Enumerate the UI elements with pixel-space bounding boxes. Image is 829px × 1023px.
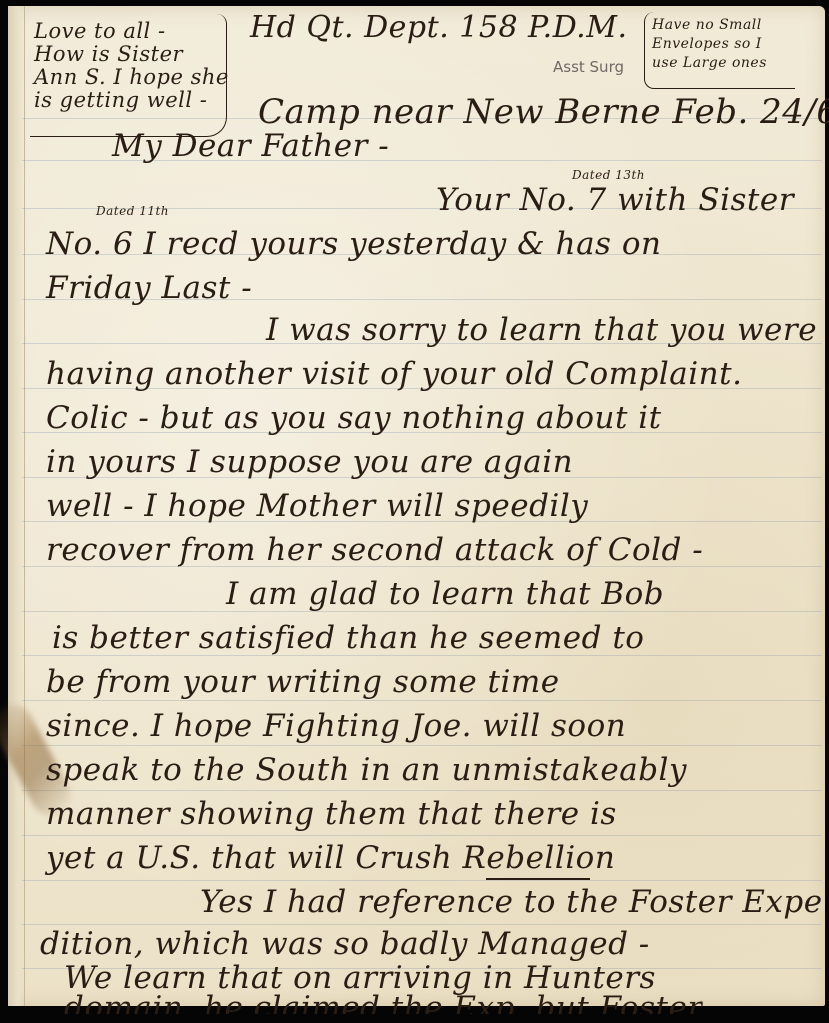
rule-line (22, 924, 822, 925)
rule-line (22, 880, 822, 881)
body-line: manner showing them that there is (46, 796, 617, 832)
pencil-note-asst-surg: Asst Surg (553, 58, 624, 76)
body-line: Friday Last - (46, 270, 252, 306)
body-line: Yes I had reference to the Foster Expe (200, 884, 823, 920)
body-line: well - I hope Mother will speedily (46, 488, 588, 524)
body-line: Colic - but as you say nothing about it (46, 400, 662, 436)
margin-note-line: use Large ones (652, 54, 767, 73)
body-line: speak to the South in an unmistakeably (46, 752, 687, 788)
body-line: since. I hope Fighting Joe. will soon (46, 708, 626, 744)
body-line: is better satisfied than he seemed to (52, 620, 644, 656)
margin-note-left: Love to all - How is Sister Ann S. I hop… (34, 20, 229, 112)
body-line: Your No. 7 with Sister (436, 182, 794, 218)
margin-note-line: Envelopes so I (652, 35, 767, 54)
body-line: having another visit of your old Complai… (46, 356, 742, 392)
header-unit: Hd Qt. Dept. 158 P.D.M. (250, 10, 627, 45)
paper-left-edge (8, 6, 25, 1006)
rule-line (22, 745, 822, 746)
margin-note-line: Have no Small (652, 16, 767, 35)
margin-note-line: How is Sister (34, 43, 229, 66)
annotation-dated-11: Dated 11th (96, 204, 169, 218)
salutation: My Dear Father - (112, 128, 389, 164)
body-line: I am glad to learn that Bob (226, 576, 664, 612)
rule-line (22, 700, 822, 701)
crush-underline (486, 878, 590, 880)
body-line: dition, which was so badly Managed - (40, 926, 650, 962)
body-line: recover from her second attack of Cold - (46, 532, 703, 568)
body-line: be from your writing some time (46, 664, 560, 700)
margin-note-line: Ann S. I hope she (34, 66, 229, 89)
margin-note-right: Have no Small Envelopes so I use Large o… (652, 16, 767, 73)
margin-note-line: is getting well - (34, 89, 229, 112)
body-line: I was sorry to learn that you were (266, 312, 817, 348)
annotation-dated-13: Dated 13th (572, 168, 645, 182)
rule-line (22, 790, 822, 791)
body-line-crush-rebellion: yet a U.S. that will Crush Rebellion (46, 840, 615, 876)
body-line: in yours I suppose you are again (46, 444, 573, 480)
body-line: No. 6 I recd yours yesterday & has on (46, 226, 661, 262)
margin-note-line: Love to all - (34, 20, 229, 43)
place-date-line: Camp near New Berne Feb. 24/63 (258, 92, 829, 132)
rule-line (22, 835, 822, 836)
